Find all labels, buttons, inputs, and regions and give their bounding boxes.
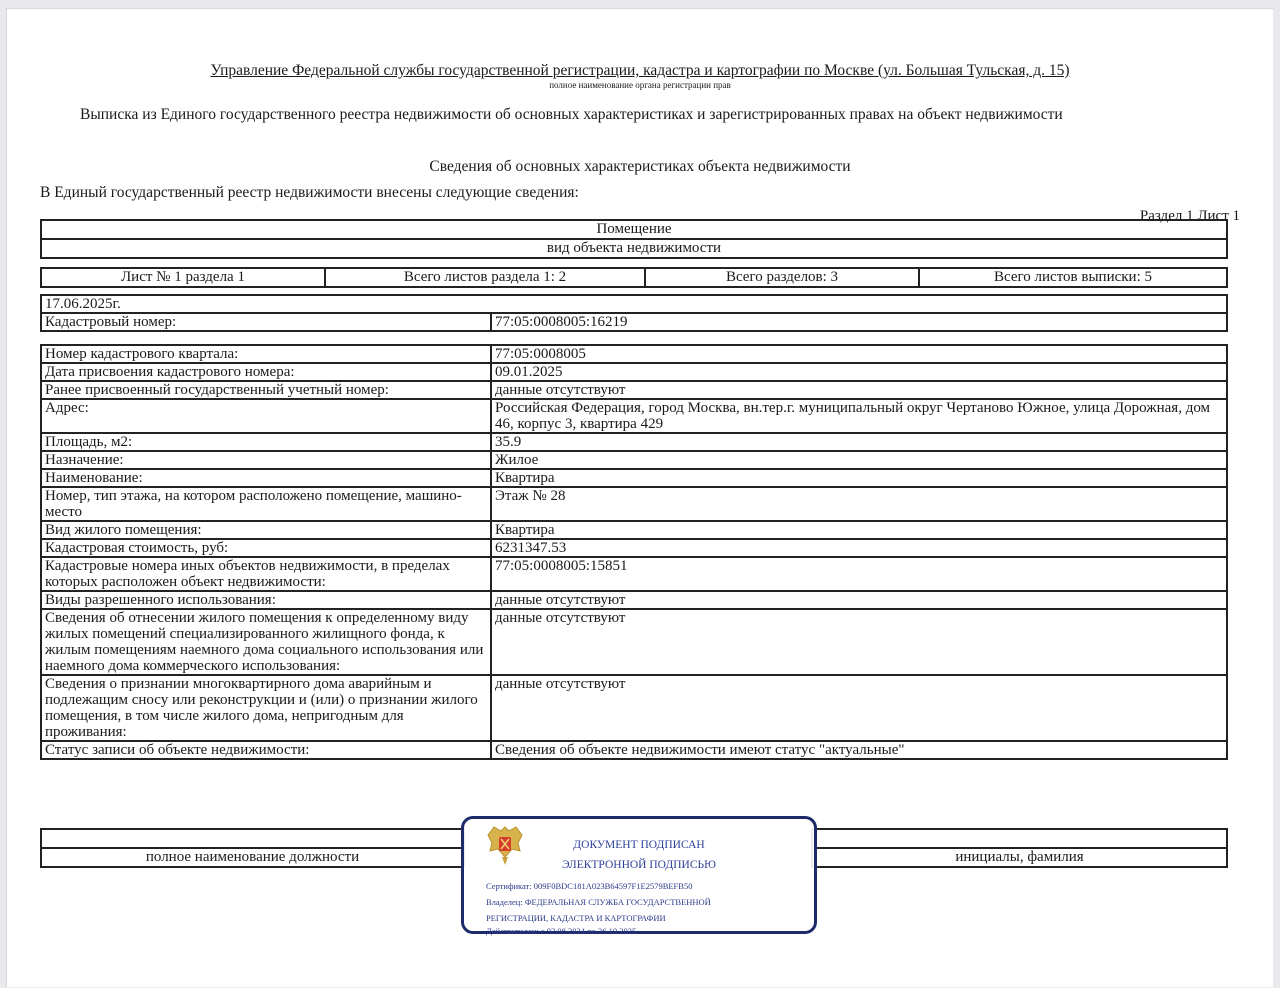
row-value: данные отсутствуют — [491, 381, 1227, 399]
table-row: Вид жилого помещения:Квартира — [41, 521, 1227, 539]
row-value: Российская Федерация, город Москва, вн.т… — [491, 399, 1227, 433]
cadastral-number-value: 77:05:0008005:16219 — [491, 313, 1227, 331]
stamp-validity: Действителен: с 02.08.2024 по 26.10.2025 — [486, 926, 636, 936]
table-row: Статус записи об объекте недвижимости:Св… — [41, 741, 1227, 759]
row-value: 35.9 — [491, 433, 1227, 451]
stamp-certificate: Сертификат: 009F0BDC181A023B64597F1E2579… — [486, 881, 692, 891]
stamp-owner-line2: РЕГИСТРАЦИИ, КАДАСТРА И КАРТОГРАФИИ — [486, 913, 666, 923]
row-value: 6231347.53 — [491, 539, 1227, 557]
row-label: Статус записи об объекте недвижимости: — [41, 741, 491, 759]
cadastral-header-table: 17.06.2025г. Кадастровый номер: 77:05:00… — [40, 294, 1228, 332]
row-label: Площадь, м2: — [41, 433, 491, 451]
name-caption: инициалы, фамилия — [812, 848, 1227, 867]
row-value: 09.01.2025 — [491, 363, 1227, 381]
position-field — [41, 829, 464, 848]
object-type-caption: вид объекта недвижимости — [41, 239, 1227, 258]
position-caption: полное наименование должности — [41, 848, 464, 867]
stamp-owner-line1: Владелец: ФЕДЕРАЛЬНАЯ СЛУЖБА ГОСУДАРСТВЕ… — [486, 897, 711, 907]
row-label: Наименование: — [41, 469, 491, 487]
row-label: Номер кадастрового квартала: — [41, 345, 491, 363]
row-value: Квартира — [491, 521, 1227, 539]
row-label: Сведения о признании многоквартирного до… — [41, 675, 491, 741]
table-row: Сведения об отнесении жилого помещения к… — [41, 609, 1227, 675]
table-row: Площадь, м2:35.9 — [41, 433, 1227, 451]
stamp-title-line1: ДОКУМЕНТ ПОДПИСАН — [464, 839, 814, 851]
row-value: 77:05:0008005 — [491, 345, 1227, 363]
table-row: Наименование:Квартира — [41, 469, 1227, 487]
row-value: Этаж № 28 — [491, 487, 1227, 521]
row-value: данные отсутствуют — [491, 675, 1227, 741]
stamp-title-line2: ЭЛЕКТРОННОЙ ПОДПИСЬЮ — [464, 859, 814, 871]
object-type-value: Помещение — [41, 220, 1227, 239]
table-row: Номер, тип этажа, на котором расположено… — [41, 487, 1227, 521]
row-label: Ранее присвоенный государственный учетны… — [41, 381, 491, 399]
row-value: Сведения об объекте недвижимости имеют с… — [491, 741, 1227, 759]
table-row: Кадастровая стоимость, руб:6231347.53 — [41, 539, 1227, 557]
name-field — [812, 829, 1227, 848]
sheets-info-table: Лист № 1 раздела 1 Всего листов раздела … — [40, 267, 1228, 288]
electronic-signature-stamp: ДОКУМЕНТ ПОДПИСАН ЭЛЕКТРОННОЙ ПОДПИСЬЮ С… — [461, 816, 817, 934]
row-value: Жилое — [491, 451, 1227, 469]
section-sheets-total: Всего листов раздела 1: 2 — [325, 268, 645, 287]
row-value: Квартира — [491, 469, 1227, 487]
table-row: Виды разрешенного использования:данные о… — [41, 591, 1227, 609]
table-row: Сведения о признании многоквартирного до… — [41, 675, 1227, 741]
document-title: Выписка из Единого государственного реес… — [80, 106, 1063, 124]
table-row: Адрес:Российская Федерация, город Москва… — [41, 399, 1227, 433]
extract-sheets-total: Всего листов выписки: 5 — [919, 268, 1227, 287]
cadastral-number-label: Кадастровый номер: — [41, 313, 491, 331]
table-row: Дата присвоения кадастрового номера:09.0… — [41, 363, 1227, 381]
row-label: Назначение: — [41, 451, 491, 469]
row-label: Номер, тип этажа, на котором расположено… — [41, 487, 491, 521]
row-label: Вид жилого помещения: — [41, 521, 491, 539]
table-row: Назначение:Жилое — [41, 451, 1227, 469]
object-type-table: Помещение вид объекта недвижимости — [40, 219, 1228, 259]
sheet-number: Лист № 1 раздела 1 — [41, 268, 325, 287]
row-label: Кадастровая стоимость, руб: — [41, 539, 491, 557]
row-label: Виды разрешенного использования: — [41, 591, 491, 609]
extract-date: 17.06.2025г. — [41, 295, 1227, 313]
registration-authority-caption: полное наименование органа регистрации п… — [0, 80, 1280, 90]
table-row: Кадастровые номера иных объектов недвижи… — [41, 557, 1227, 591]
row-value: данные отсутствуют — [491, 609, 1227, 675]
row-label: Адрес: — [41, 399, 491, 433]
row-value: 77:05:0008005:15851 — [491, 557, 1227, 591]
table-row: Номер кадастрового квартала:77:05:000800… — [41, 345, 1227, 363]
row-label: Кадастровые номера иных объектов недвижи… — [41, 557, 491, 591]
characteristics-table: Номер кадастрового квартала:77:05:000800… — [40, 344, 1228, 760]
sections-total: Всего разделов: 3 — [645, 268, 919, 287]
row-value: данные отсутствуют — [491, 591, 1227, 609]
section-title: Сведения об основных характеристиках объ… — [0, 158, 1280, 176]
intro-text: В Единый государственный реестр недвижим… — [40, 184, 579, 202]
row-label: Сведения об отнесении жилого помещения к… — [41, 609, 491, 675]
table-row: Ранее присвоенный государственный учетны… — [41, 381, 1227, 399]
registration-authority-name: Управление Федеральной службы государств… — [0, 62, 1280, 80]
row-label: Дата присвоения кадастрового номера: — [41, 363, 491, 381]
